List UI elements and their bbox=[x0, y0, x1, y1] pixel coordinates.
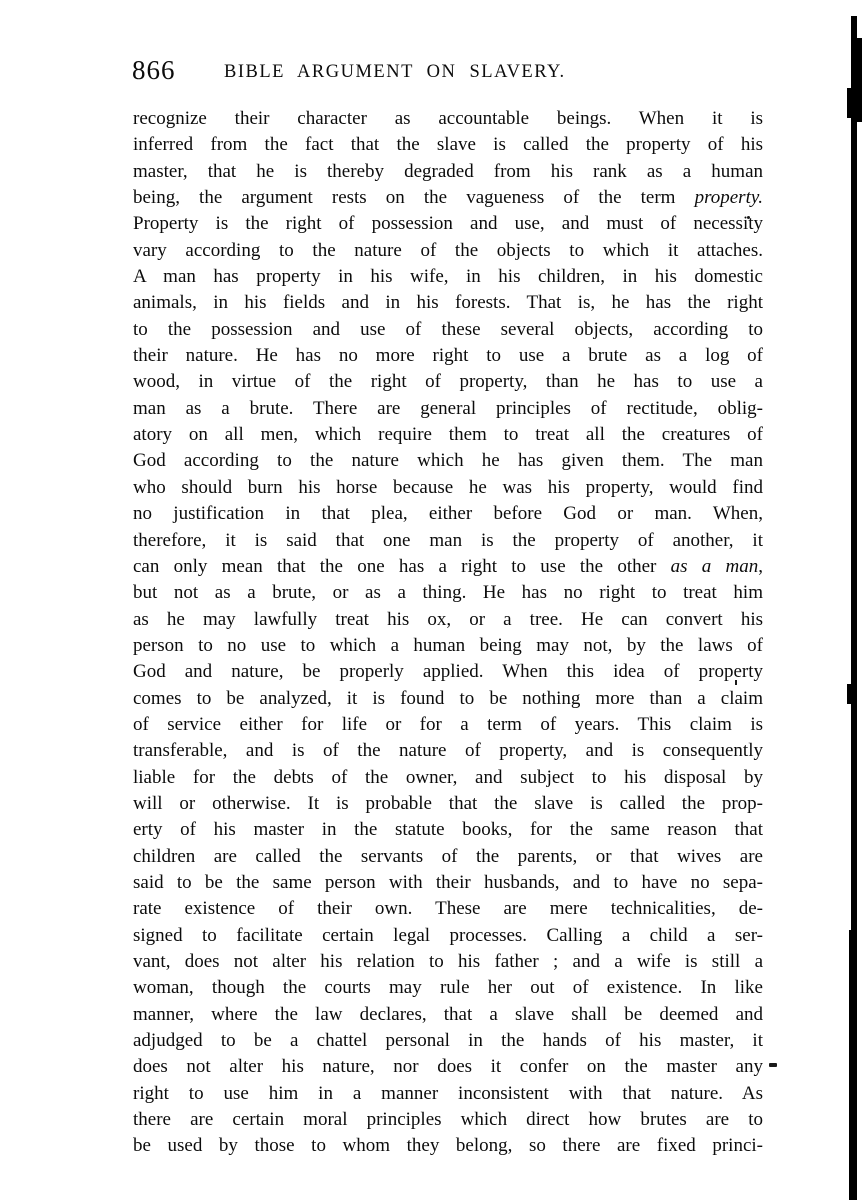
text-line: will or otherwise. It is probable that t… bbox=[133, 791, 763, 817]
italic-text: property. bbox=[695, 187, 763, 208]
page-number: 866 bbox=[132, 55, 176, 86]
text-line: therefore, it is said that one man is th… bbox=[133, 528, 763, 554]
scan-edge-blob bbox=[849, 930, 854, 1200]
scan-speck bbox=[735, 680, 737, 685]
text-line: adjudged to be a chattel personal in the… bbox=[133, 1028, 763, 1054]
text-line: does not alter his nature, nor does it c… bbox=[133, 1054, 763, 1080]
text-line: manner, where the law declares, that a s… bbox=[133, 1002, 763, 1028]
text-line: master, that he is thereby degraded from… bbox=[133, 159, 763, 185]
text-line: wood, in virtue of the right of property… bbox=[133, 369, 763, 395]
text-line: comes to be analyzed, it is found to be … bbox=[133, 686, 763, 712]
text-line: there are certain moral principles which… bbox=[133, 1107, 763, 1133]
text-line: man as a brute. There are general princi… bbox=[133, 396, 763, 422]
text-line: atory on all men, which require them to … bbox=[133, 422, 763, 448]
text-line: transferable, and is of the nature of pr… bbox=[133, 738, 763, 764]
body-text: recognize their character as accountable… bbox=[133, 106, 763, 1160]
text-line: be used by those to whom they belong, so… bbox=[133, 1133, 763, 1159]
text-line: A man has property in his wife, in his c… bbox=[133, 264, 763, 290]
text-line: recognize their character as accountable… bbox=[133, 106, 763, 132]
text-line: can only mean that the one has a right t… bbox=[133, 554, 763, 580]
scan-edge-band-top bbox=[853, 38, 862, 122]
text-line: children are called the servants of the … bbox=[133, 844, 763, 870]
italic-text: as a man bbox=[671, 556, 759, 577]
text-line: inferred from the fact that the slave is… bbox=[133, 132, 763, 158]
text-line: vary according to the nature of the obje… bbox=[133, 238, 763, 264]
text-line: person to no use to which a human being … bbox=[133, 633, 763, 659]
text-line: their nature. He has no more right to us… bbox=[133, 343, 763, 369]
text-line: erty of his master in the statute books,… bbox=[133, 817, 763, 843]
text-line: as he may lawfully treat his ox, or a tr… bbox=[133, 607, 763, 633]
text-line: rate existence of their own. These are m… bbox=[133, 896, 763, 922]
text-line: being, the argument rests on the vaguene… bbox=[133, 185, 763, 211]
text-line: signed to facilitate certain legal proce… bbox=[133, 923, 763, 949]
text-line: Property is the right of possession and … bbox=[133, 211, 763, 237]
running-header: 866 BIBLE ARGUMENT ON SLAVERY. bbox=[0, 0, 862, 100]
scan-speck bbox=[747, 216, 750, 219]
text-line: of service either for life or for a term… bbox=[133, 712, 763, 738]
text-line: said to be the same person with their hu… bbox=[133, 870, 763, 896]
text-line: vant, does not alter his relation to his… bbox=[133, 949, 763, 975]
text-line: God and nature, be properly applied. Whe… bbox=[133, 659, 763, 685]
text-line: animals, in his fields and in his forest… bbox=[133, 290, 763, 316]
text-line: no justification in that plea, either be… bbox=[133, 501, 763, 527]
text-line: but not as a brute, or as a thing. He ha… bbox=[133, 580, 763, 606]
scan-edge-blob bbox=[847, 88, 853, 118]
scan-edge-blob bbox=[847, 684, 853, 704]
text-line: to the possession and use of these sever… bbox=[133, 317, 763, 343]
text-line: God according to the nature which he has… bbox=[133, 448, 763, 474]
running-title: BIBLE ARGUMENT ON SLAVERY. bbox=[224, 62, 566, 83]
text-line: woman, though the courts may rule her ou… bbox=[133, 975, 763, 1001]
scan-speck bbox=[769, 1063, 777, 1067]
text-line: right to use him in a manner inconsisten… bbox=[133, 1081, 763, 1107]
text-line: who should burn his horse because he was… bbox=[133, 475, 763, 501]
text-line: liable for the debts of the owner, and s… bbox=[133, 765, 763, 791]
book-page: 866 BIBLE ARGUMENT ON SLAVERY. recognize… bbox=[0, 0, 862, 1200]
